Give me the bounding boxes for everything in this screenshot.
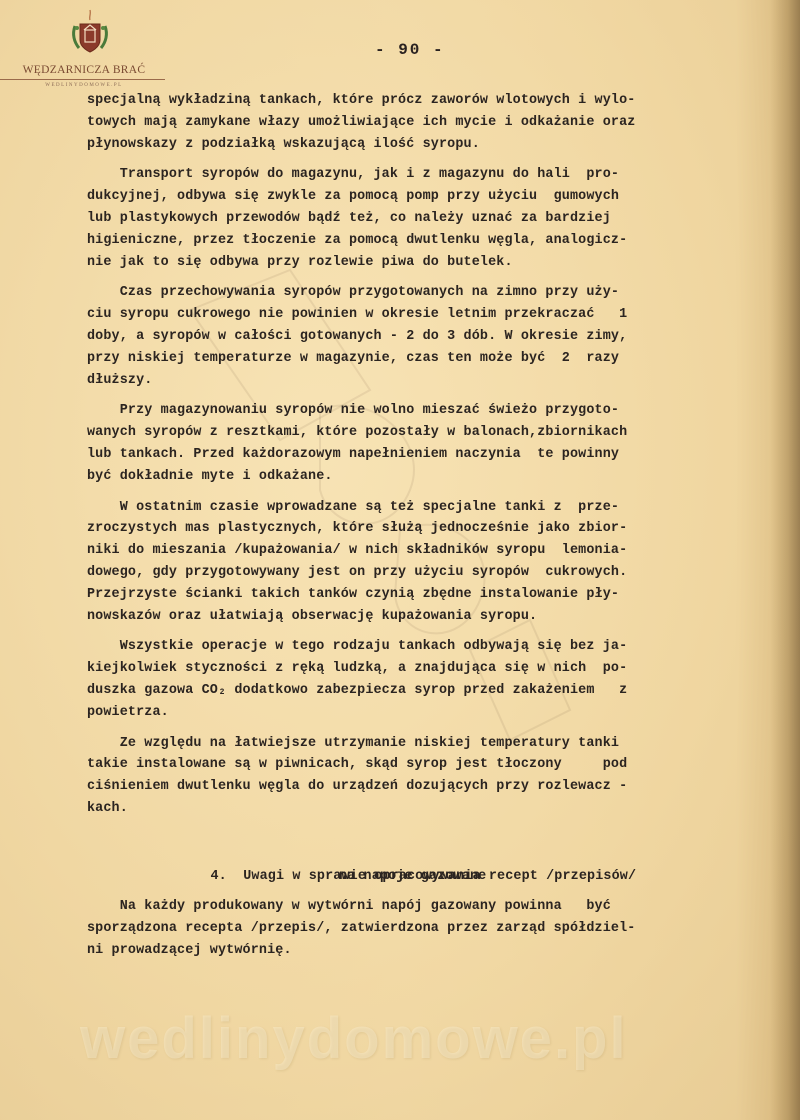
text-line: być dokładnie myte i odkażane. bbox=[87, 466, 757, 488]
text-line: Wszystkie operacje w tego rodzaju tankac… bbox=[87, 636, 757, 658]
logo-name: WĘDZARNICZA BRAĆ bbox=[8, 64, 160, 76]
paragraph: Transport syropów do magazynu, jak i z m… bbox=[87, 164, 757, 273]
text-line: kach. bbox=[87, 798, 757, 820]
text-line: higieniczne, przez tłoczenie za pomocą d… bbox=[87, 230, 757, 252]
text-line: sporządzona recepta /przepis/, zatwierdz… bbox=[87, 918, 757, 940]
document-body: specjalną wykładziną tankach, które próc… bbox=[87, 90, 757, 962]
text-line: kiejkolwiek styczności z ręką ludzką, a … bbox=[87, 658, 757, 680]
text-line: ni prowadzącej wytwórnię. bbox=[87, 940, 757, 962]
text-line: niki do mieszania /kupażowania/ w nich s… bbox=[87, 540, 757, 562]
text-line: ciu syropu cukrowego nie powinien w okre… bbox=[87, 304, 757, 326]
logo-divider bbox=[0, 79, 165, 80]
text-line: Przejrzyste ścianki takich tanków czynią… bbox=[87, 584, 757, 606]
text-line: dowego, gdy przygotowywany jest on przy … bbox=[87, 562, 757, 584]
text-line: zroczystych mas plastycznych, które służ… bbox=[87, 518, 757, 540]
paragraph: Ze względu na łatwiejsze utrzymanie nisk… bbox=[87, 733, 757, 820]
text-line: nie jak to się odbywa przy rozlewie piwa… bbox=[87, 252, 757, 274]
text-line: ciśnieniem dwutlenku węgla do urządzeń d… bbox=[87, 776, 757, 798]
scanned-page: WĘDZARNICZA BRAĆ WEDLINYDOMOWE.PL - 90 -… bbox=[0, 0, 800, 1120]
paragraph: specjalną wykładziną tankach, które próc… bbox=[87, 90, 757, 155]
section-number: 4. bbox=[211, 869, 227, 884]
paragraph: Wszystkie operacje w tego rodzaju tankac… bbox=[87, 636, 757, 723]
coat-of-arms-icon bbox=[70, 8, 110, 56]
page-number: - 90 - bbox=[375, 41, 445, 59]
text-line: W ostatnim czasie wprowadzane są też spe… bbox=[87, 497, 757, 519]
text-line: doby, a syropów w całości gotowanych - 2… bbox=[87, 326, 757, 348]
text-line: dłuższy. bbox=[87, 370, 757, 392]
text-line: wanych syropów z resztkami, które pozost… bbox=[87, 422, 757, 444]
text-line: lub plastykowych przewodów bądź też, co … bbox=[87, 208, 757, 230]
text-line: Przy magazynowaniu syropów nie wolno mie… bbox=[87, 400, 757, 422]
text-line: płynowskazy z podziałką wskazującą ilość… bbox=[87, 134, 757, 156]
text-line: Ze względu na łatwiejsze utrzymanie nisk… bbox=[87, 733, 757, 755]
text-line: powietrza. bbox=[87, 702, 757, 724]
text-line: nowskazów oraz ułatwiają obserwację kupa… bbox=[87, 606, 757, 628]
paragraph: Na każdy produkowany w wytwórni napój ga… bbox=[87, 896, 757, 961]
text-line: duszka gazowa CO₂ dodatkowo zabezpiecza … bbox=[87, 680, 757, 702]
text-line: takie instalowane są w piwnicach, skąd s… bbox=[87, 754, 757, 776]
logo-subtitle: WEDLINYDOMOWE.PL bbox=[8, 83, 160, 88]
text-line: dukcyjnej, odbywa się zwykle za pomocą p… bbox=[87, 186, 757, 208]
paragraph: W ostatnim czasie wprowadzane są też spe… bbox=[87, 497, 757, 628]
page-edge-shadow bbox=[770, 0, 800, 1120]
text-line: Na każdy produkowany w wytwórni napój ga… bbox=[87, 896, 757, 918]
text-line: specjalną wykładziną tankach, które próc… bbox=[87, 90, 757, 112]
section-heading: 4. Uwagi w sprawie opracowywania recept … bbox=[87, 844, 757, 888]
text-line: towych mają zamykane włazy umożliwiające… bbox=[87, 112, 757, 134]
paragraph: Czas przechowywania syropów przygotowany… bbox=[87, 282, 757, 391]
paragraph: Przy magazynowaniu syropów nie wolno mie… bbox=[87, 400, 757, 487]
text-line: Transport syropów do magazynu, jak i z m… bbox=[87, 164, 757, 186]
site-logo[interactable]: WĘDZARNICZA BRAĆ WEDLINYDOMOWE.PL bbox=[20, 8, 160, 90]
text-line: przy niskiej temperaturze w magazynie, c… bbox=[87, 348, 757, 370]
text-line: Czas przechowywania syropów przygotowany… bbox=[87, 282, 757, 304]
site-watermark: wedlinydomowe.pl bbox=[80, 1005, 628, 1072]
text-line: lub tankach. Przed każdorazowym napełnie… bbox=[87, 444, 757, 466]
